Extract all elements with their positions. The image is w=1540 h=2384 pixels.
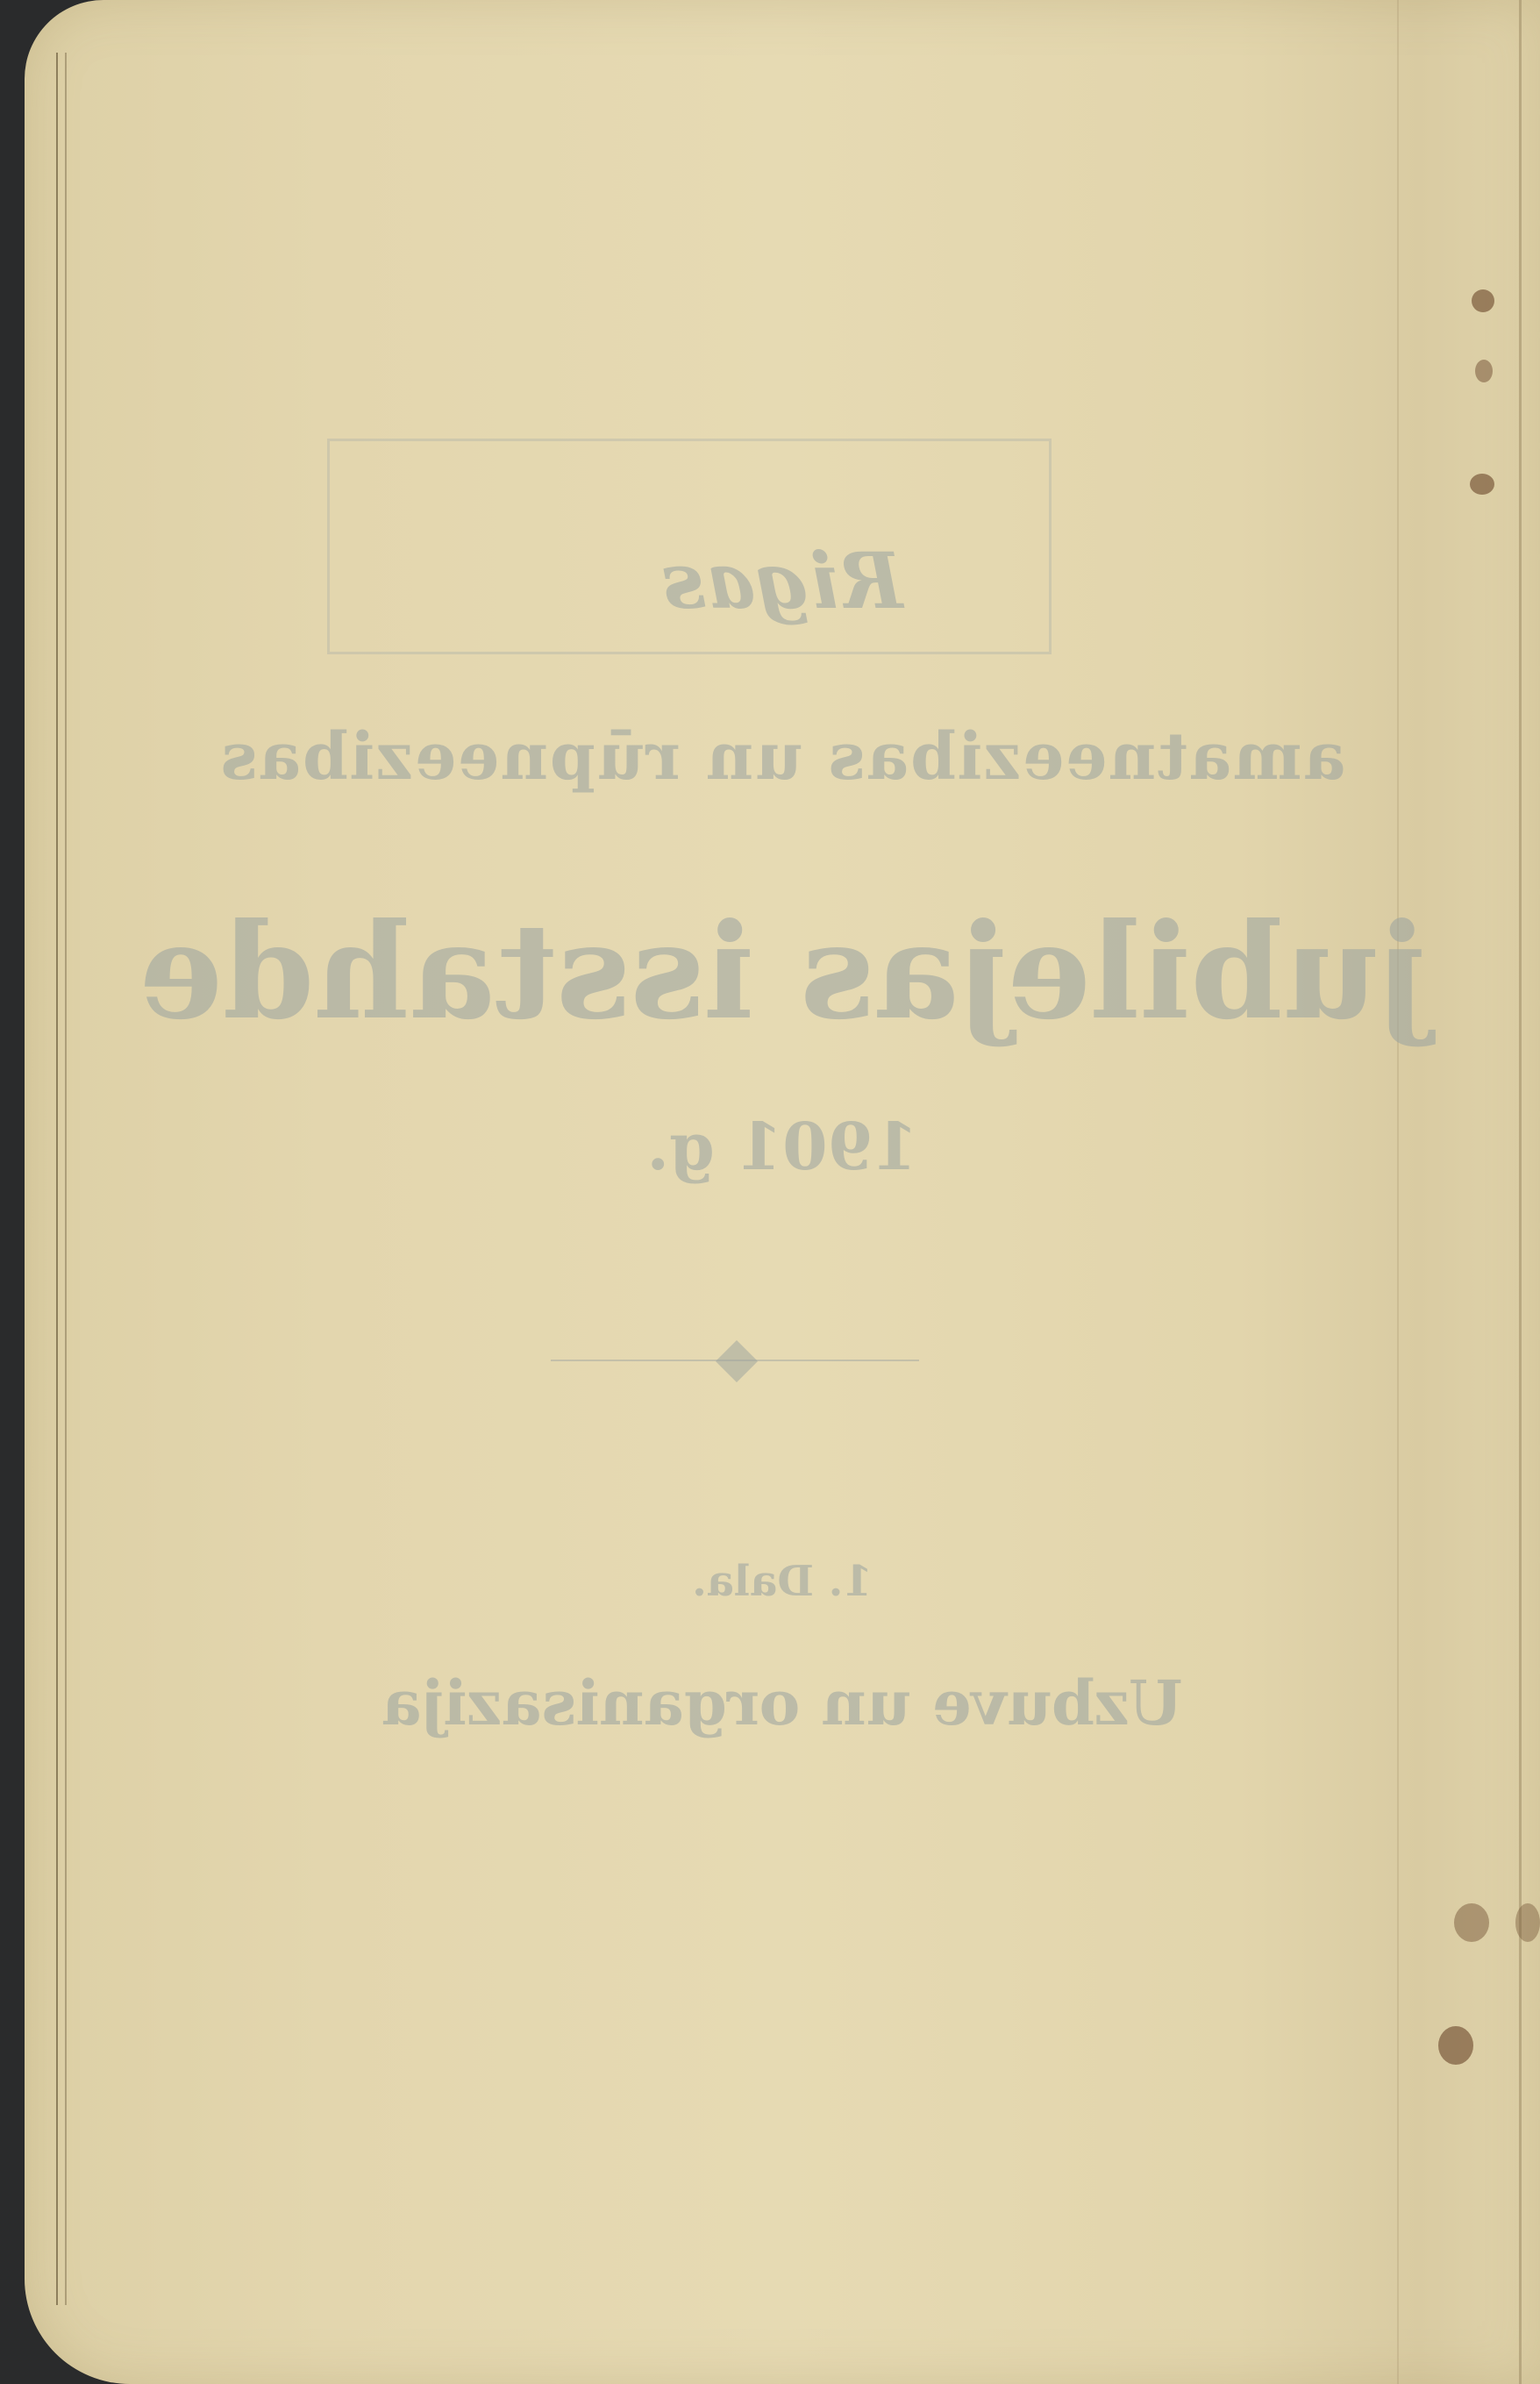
rust-stain	[1472, 289, 1494, 312]
bleed-title: Rigas	[25, 535, 1540, 626]
rust-stain	[1438, 2026, 1473, 2065]
rust-stain	[1454, 1903, 1489, 1942]
rust-stain	[1515, 1903, 1540, 1942]
ornament-icon	[716, 1340, 758, 1382]
rust-stain	[1470, 474, 1494, 495]
fold-crease	[1397, 0, 1399, 2384]
paper-page: Rigas amatneezibas un rūpneezibas jubile…	[25, 0, 1540, 2384]
bleed-year: 1901 g.	[25, 1110, 1540, 1185]
bleed-part: 1. Dala.	[25, 1557, 1540, 1606]
bleed-line2: amatneezibas un rūpneezibas	[25, 719, 1540, 795]
fold-crease	[1519, 0, 1522, 2384]
bleed-subtitle: Uzbuve un organisazija	[25, 1667, 1540, 1739]
rust-stain	[1475, 360, 1493, 382]
bleed-line3: jubilejas isstahde	[25, 895, 1540, 1049]
